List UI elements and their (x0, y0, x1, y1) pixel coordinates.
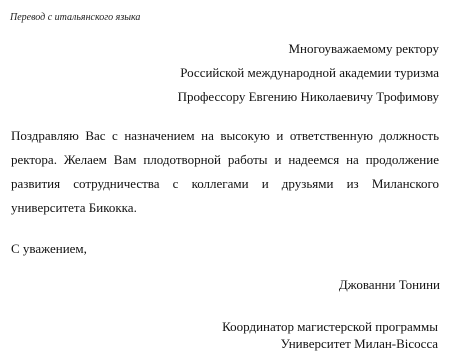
body-line: университета Бикокка. (11, 196, 439, 220)
recipient-line-academy: Российской международной академии туризм… (0, 61, 439, 85)
translation-note: Перевод с итальянского языка (10, 12, 140, 23)
letter-body: Поздравляю Вас с назначением на высокую … (11, 124, 439, 220)
signature-title: Координатор магистерской программы (0, 318, 438, 335)
closing-salutation: С уважением, (11, 241, 87, 257)
body-line: развития сотрудничества с коллегами и др… (11, 172, 439, 196)
signature-block: Координатор магистерской программы Униве… (0, 318, 438, 352)
body-line: ректора. Желаем Вам плодотворной работы … (11, 148, 439, 172)
recipient-block: Многоуважаемому ректору Российской между… (0, 37, 439, 109)
letter-document: Перевод с итальянского языка Многоуважае… (0, 0, 450, 361)
recipient-line-salutation: Многоуважаемому ректору (0, 37, 439, 61)
signature-name: Джованни Тонини (0, 277, 440, 293)
recipient-line-name: Профессору Евгению Николаевичу Трофимову (0, 85, 439, 109)
body-line: Поздравляю Вас с назначением на высокую … (11, 124, 439, 148)
signature-organization: Университет Милан-Bicocca (0, 335, 438, 352)
